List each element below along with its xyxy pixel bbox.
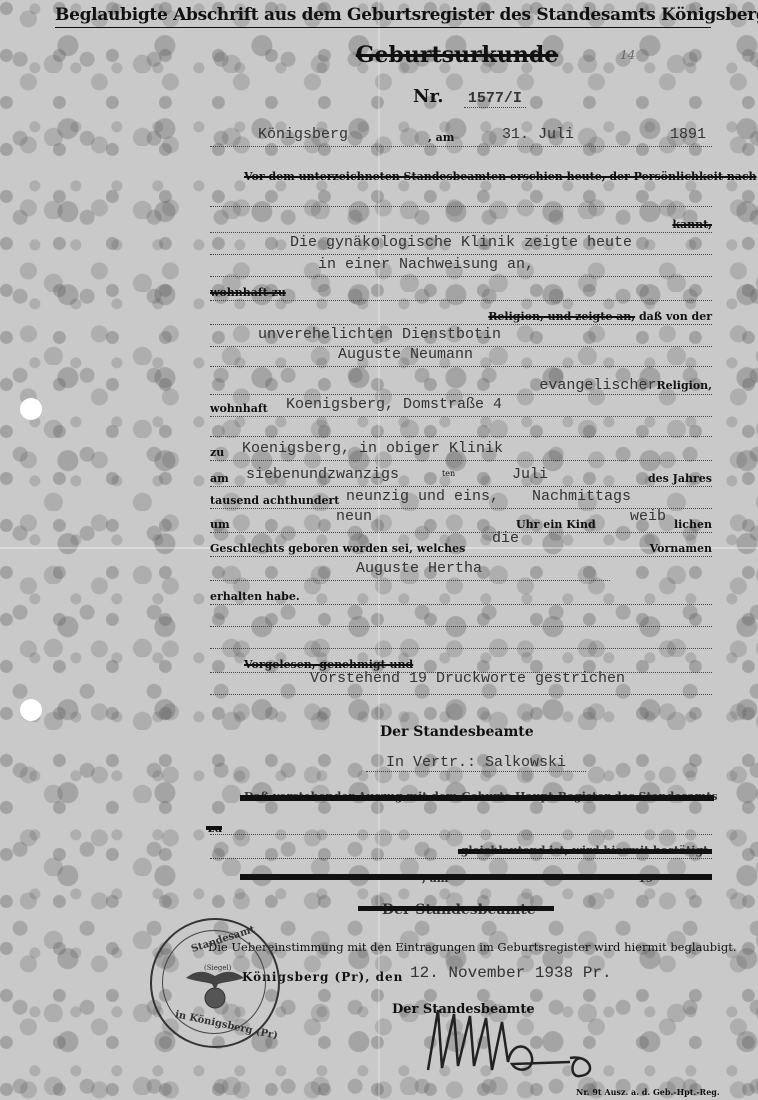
strike-note: Vorstehend 19 Druckworte gestrichen — [310, 670, 625, 687]
wohnhaft-struck-row: wohnhaft zu — [210, 280, 712, 301]
blank-row-4 — [210, 628, 712, 649]
strike-bar-4 — [358, 906, 554, 911]
strike-bar-2 — [458, 849, 712, 854]
birthplace-value: Koenigsberg, in obiger Klinik — [242, 440, 503, 457]
religion-label: Religion, — [656, 379, 712, 392]
am-label-2: am — [210, 472, 229, 485]
struck-intro: Vor dem unterzeichneten Standesbeamten e… — [244, 170, 757, 183]
religion-typed-row: evangelischerReligion, — [210, 374, 712, 395]
religion-text: Religion, und zeigte an, daß von der — [488, 310, 712, 323]
typed-text-1: Die gynäkologische Klinik zeigte heute — [290, 234, 632, 251]
certificate-number: Nr. 1577/I — [413, 86, 526, 107]
erhalten-row: erhalten habe. — [210, 584, 712, 605]
signature-scribble — [420, 1000, 620, 1080]
typed-row-4: Auguste Neumann — [210, 346, 712, 367]
birth-day: siebenundzwanzigs — [246, 466, 399, 483]
blank-row-1 — [210, 186, 712, 207]
zu-row: zu Koenigsberg, in obiger Klinik — [210, 440, 712, 461]
signed-by: In Vertr.: Salkowski — [366, 754, 586, 772]
geschlechts-row: Geschlechts geboren worden sei, welches … — [210, 536, 712, 557]
blank-row-3 — [210, 606, 712, 627]
um-label: um — [210, 518, 230, 531]
sex-value: weib — [630, 508, 666, 525]
date-value: 31. Juli — [502, 126, 574, 143]
lichen-label: lichen — [674, 518, 712, 531]
typed-row-3: unverehelichten Dienstbotin — [210, 326, 712, 347]
birth-certificate-page: Beglaubigte Abschrift aus dem Geburtsreg… — [0, 0, 758, 1100]
time-of-day: Nachmittags — [532, 488, 631, 505]
zu-label: zu — [210, 446, 224, 459]
punch-hole-top — [20, 398, 42, 420]
certification-date: 12. November 1938 Pr. — [410, 964, 612, 982]
blank-row-2 — [210, 416, 712, 437]
mother-status: unverehelichten Dienstbotin — [258, 326, 501, 343]
year-of-birth-row: tausend achthundert neunzig und eins, Na… — [210, 488, 712, 509]
punch-hole-bottom — [20, 699, 42, 721]
strike-bar-1 — [240, 795, 714, 801]
child-names: Auguste Hertha — [356, 560, 482, 577]
ten-label: ten — [442, 469, 455, 478]
strike-bar-3 — [240, 874, 712, 880]
kannt-row: kannt, — [210, 212, 712, 233]
address-value: Koenigsberg, Domstraße 4 — [286, 396, 502, 413]
erhalten-label: erhalten habe. — [210, 590, 300, 603]
typed-text-2: in einer Nachweisung an, — [318, 256, 534, 273]
birth-year: neunzig und eins, — [346, 488, 499, 505]
religion-value: evangelischer — [539, 377, 656, 394]
tausend-label: tausend achthundert — [210, 494, 339, 507]
margin-mark: 14 — [620, 48, 635, 62]
typed-row-1: Die gynäkologische Klinik zeigte heute — [210, 234, 712, 255]
typed-row-2: in einer Nachweisung an, — [210, 256, 712, 277]
wohnhaft-row: wohnhaft Koenigsberg, Domstraße 4 — [210, 396, 712, 417]
religion-field: evangelischerReligion, — [539, 374, 712, 394]
uhr-label: Uhr ein Kind — [516, 518, 596, 531]
religion-row: Religion, und zeigte an, daß von der — [210, 304, 712, 325]
place-value: Königsberg — [258, 126, 348, 143]
birth-month: Juli — [512, 466, 548, 483]
place-date-row: Königsberg , am 31. Juli 1891 — [210, 126, 712, 147]
nr-label: Nr. — [413, 86, 444, 107]
geschlechts-label: Geschlechts geboren worden sei, welches — [210, 542, 465, 555]
official-stamp: Standesamt (Siegel) in Königsberg (Pr) — [150, 918, 280, 1048]
eagle-emblem-icon — [184, 960, 246, 1010]
des-jahres-label: des Jahres — [648, 472, 712, 485]
date-of-birth-row: am siebenundzwanzigs ten Juli des Jahres — [210, 466, 712, 487]
nr-value: 1577/I — [464, 90, 526, 108]
struck-title: Geburtsurkunde — [342, 42, 572, 68]
struck-religion: Religion, und zeigte an, — [488, 310, 635, 323]
article-value: die — [492, 530, 519, 547]
hour-row: um neun Uhr ein Kind weib lichen — [210, 512, 712, 533]
birth-hour: neun — [336, 508, 372, 525]
blank-row-5 — [210, 814, 712, 835]
am-label: , am — [428, 131, 454, 144]
note-row: Vorstehend 19 Druckworte gestrichen — [210, 674, 712, 695]
official-title: Der Standesbeamte — [380, 724, 534, 740]
struck-kannt: kannt, — [672, 218, 712, 231]
certification-statement: Die Uebereinstimmung mit den Eintragunge… — [208, 940, 736, 954]
year-value: 1891 — [670, 126, 706, 143]
names-row: Auguste Hertha — [210, 560, 610, 581]
mother-name: Auguste Neumann — [338, 346, 473, 363]
struck-wohnhaft: wohnhaft zu — [210, 286, 286, 299]
vornamen-label: Vornamen — [650, 542, 712, 555]
document-header: Beglaubigte Abschrift aus dem Geburtsreg… — [55, 5, 711, 28]
form-number: Nr. 9t Ausz. a. d. Geb.-Hpt.-Reg. — [576, 1087, 720, 1097]
wohnhaft-label: wohnhaft — [210, 402, 268, 415]
religion-tail: daß von der — [639, 310, 712, 323]
